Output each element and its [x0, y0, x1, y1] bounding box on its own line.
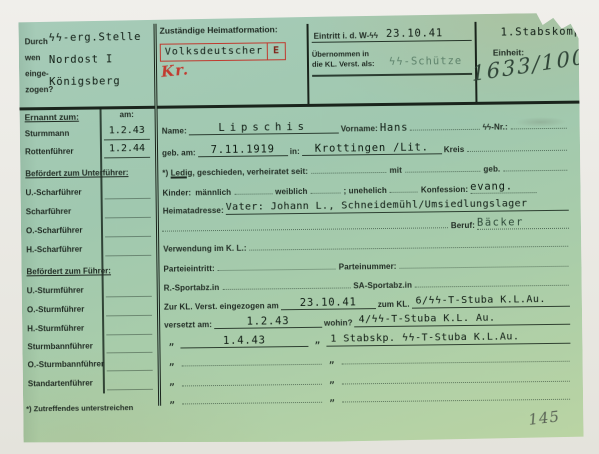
ditto-mark: „	[323, 393, 341, 404]
underline-footnote: *) Zutreffendes unterstreichen	[26, 403, 133, 413]
heimatadresse-label: Heimatadresse:	[163, 206, 224, 216]
recruiting-office-value: ϟϟ-erg.Stelle	[49, 32, 142, 44]
red-pencil-note: Kr.	[160, 60, 189, 81]
vorname-label: Vorname:	[341, 124, 378, 133]
page-number: 145	[527, 407, 561, 429]
rank-date-blank	[104, 184, 150, 200]
eingezogen-date: 23.10.41	[281, 297, 376, 311]
rank-label: O.-Sturmbannführer	[28, 359, 105, 369]
rank-label: O.-Sturmführer	[27, 305, 84, 315]
einheit-handwritten-number: 1633/100	[471, 44, 587, 86]
transfer-date: 1.2.43	[214, 315, 322, 329]
ditto-mark: „	[163, 376, 181, 387]
rank-date-blank	[107, 375, 153, 391]
am-label: am:	[120, 110, 134, 119]
scanned-photo: { "colors": { "card_green": "#a6cbb2", "…	[0, 0, 599, 454]
recruiting-city-value: Königsberg	[49, 76, 120, 87]
vorname-value: Hans	[380, 122, 409, 133]
konfession-label: Konfession:	[421, 185, 468, 195]
footnote-mark: *)	[162, 169, 168, 178]
dotted-line	[234, 191, 272, 194]
geb-am-label: geb. am:	[162, 148, 196, 157]
kinder-label: Kinder:	[162, 188, 191, 197]
rank-label: Standartenführer	[28, 379, 93, 389]
dotted-line	[342, 379, 570, 385]
dotted-line	[467, 148, 567, 152]
name-label: Name:	[162, 126, 187, 135]
party-row: Parteieintritt: Parteinummer:	[161, 253, 569, 274]
sports-badge-row: R.-Sportabz.in SA-Sportabz.in	[162, 272, 570, 293]
weiblich-label: weiblich	[275, 187, 307, 196]
transfer-row-blank: „ „	[163, 386, 571, 407]
versetzt-label: versetzt am:	[164, 320, 212, 330]
eintritt-row: Eintritt i. d. W-ϟϟ 23.10.41	[312, 28, 472, 42]
eingezogen-label: Zur KL. Verst. eingezogen am	[164, 301, 279, 311]
transfer-row-2: „ 1.4.43 „ 1 Stabskp. ϟϟ-T-Stuba K.L.Au.	[162, 328, 570, 349]
rank-label: Sturmbannführer	[27, 342, 92, 352]
profession-row: Beruf: Bäcker	[161, 213, 569, 234]
uebernommen-rule	[312, 73, 472, 76]
rank-date-blank	[105, 222, 151, 238]
drafted-by-label-line: wen	[25, 53, 41, 62]
camp-assignment-row: Verwendung im K. L.:	[161, 233, 569, 254]
pencil-smudge	[515, 117, 567, 128]
birth-row: geb. am: 7.11.1919 in: Krottingen /Lit. …	[160, 137, 568, 158]
rank-date-value: 1.2.44	[104, 143, 150, 159]
recruiting-district-value: Nordost I	[49, 54, 113, 65]
eintritt-date: 23.10.41	[386, 28, 443, 39]
dotted-line	[400, 264, 569, 269]
sa-sportabzeichen-label: SA-Sportabz.in	[353, 281, 412, 291]
unehelich-label: ; unehelich	[343, 186, 386, 196]
ernannt-zum-label: Ernannt zum:	[25, 112, 79, 123]
rank-date-blank	[105, 241, 151, 257]
rank-date-blank	[106, 282, 152, 298]
birth-date-value: 7.11.1919	[198, 144, 288, 158]
dotted-line	[405, 169, 481, 173]
rank-label: H.-Sturmführer	[27, 324, 84, 334]
transfer-unit: 4/ϟϟ-T-Stuba K.L. Au.	[355, 313, 571, 328]
dotted-line	[222, 285, 350, 290]
kompanie-value: 1.Stabskomp.	[501, 26, 589, 38]
drafted-by-label-line: einge-	[25, 69, 49, 78]
heimatformation-value: Volksdeutscher	[161, 46, 267, 57]
marital-options: , geschieden, verheiratet seit:	[192, 167, 308, 177]
unterfuehrer-section-label: Befördert zum Unterführer:	[25, 168, 128, 178]
eintritt-label: Eintritt i. d. W-ϟϟ	[314, 31, 379, 41]
ditto-mark: „	[162, 336, 180, 347]
dotted-line	[182, 400, 322, 405]
ss-nr-label: ϟϟ-Nr.:	[483, 122, 508, 131]
name-value: Lipschis	[189, 121, 339, 135]
rank-date-blank	[106, 338, 152, 354]
rank-date-blank	[106, 320, 152, 336]
wohin-label: wohin?	[324, 318, 353, 327]
ditto-mark: „	[163, 394, 181, 405]
parteinummer-label: Parteinummer:	[339, 262, 397, 272]
marital-status-label: *) Ledig, geschieden, verheiratet seit:	[162, 167, 308, 178]
r-sportabzeichen-label: R.-Sportabz.in	[164, 283, 220, 293]
name-row: Name: Lipschis Vorname: Hans ϟϟ-Nr.:	[160, 115, 568, 136]
uebernommen-label-line2: die KL. Verst. als:	[312, 59, 375, 69]
ditto-mark: „	[323, 375, 341, 386]
geb-label: geb.	[483, 165, 500, 174]
mit-label: mit	[390, 166, 402, 175]
ledig-underlined: Ledig	[171, 168, 193, 177]
beruf-value: Bäcker	[477, 216, 569, 230]
ditto-mark: „	[163, 356, 181, 367]
rank-date-blank	[107, 356, 153, 372]
rank-date-blank	[105, 203, 151, 219]
dotted-line	[342, 397, 570, 403]
drafted-by-label-line: Durch	[25, 37, 48, 46]
dotted-line	[503, 168, 567, 172]
dotted-line	[162, 225, 448, 231]
verwendung-label: Verwendung im K. L.:	[163, 244, 246, 254]
dotted-line	[182, 382, 322, 387]
transfer-date: 1.4.43	[180, 334, 308, 348]
dotted-line	[409, 127, 479, 131]
heimatformation-label: Zuständige Heimatformation:	[160, 24, 278, 35]
dotted-line	[218, 267, 336, 271]
transfer-unit: 1 Stabskp. ϟϟ-T-Stuba K.L.Au.	[326, 332, 570, 347]
dotted-line	[250, 244, 569, 251]
personnel-record-card: Durch wen einge- zogen? ϟϟ-erg.Stelle No…	[18, 13, 583, 446]
marital-status-row: *) Ledig, geschieden, verheiratet seit: …	[160, 157, 568, 178]
rank-date-blank	[106, 301, 152, 317]
beruf-label: Beruf:	[451, 221, 475, 230]
dotted-line	[390, 190, 418, 193]
fuehrer-section-label: Befördert zum Führer:	[26, 266, 111, 276]
dotted-line	[311, 191, 341, 194]
header-bottom-rule	[19, 101, 579, 110]
ditto-mark: „	[323, 355, 341, 366]
heimatformation-code: E	[267, 43, 285, 59]
zum-kl-label: zum KL.	[378, 300, 410, 309]
konfession-value: evang.	[470, 181, 536, 194]
rank-label: Rottenführer	[25, 147, 74, 157]
kreis-label: Kreis	[444, 145, 465, 154]
birth-place-value: Krottingen /Lit.	[302, 142, 442, 156]
rank-label: O.-Scharführer	[26, 226, 83, 236]
heimatformation-red-box: Volksdeutscher E	[160, 42, 286, 62]
in-label: in:	[290, 147, 300, 156]
uebernommen-value: ϟϟ-Schütze	[389, 56, 462, 67]
dotted-line	[415, 283, 569, 288]
rank-label: Sturmmann	[25, 129, 70, 139]
transfer-row-blank: „ „	[163, 348, 571, 369]
ditto-mark: „	[308, 335, 326, 346]
eingezogen-unit: 6/ϟϟ-T-Stuba K.L.Au.	[411, 295, 569, 309]
rank-label: U.-Scharführer	[25, 188, 81, 198]
dotted-line	[182, 362, 322, 367]
header-divider-1	[306, 24, 309, 104]
dotted-line	[311, 170, 387, 174]
transfer-row-1: versetzt am: 1.2.43 wohin? 4/ϟϟ-T-Stuba …	[162, 309, 570, 330]
parteieintritt-label: Parteieintritt:	[163, 264, 214, 274]
maennlich-label: männlich	[195, 188, 231, 197]
dotted-line	[342, 359, 570, 365]
rank-date-value: 1.2.43	[104, 125, 150, 141]
uebernommen-label-line1: Übernommen in	[312, 49, 369, 59]
rank-label: H.-Scharführer	[26, 245, 82, 255]
rank-label: U.-Sturmführer	[27, 286, 84, 296]
rank-label: Scharführer	[26, 207, 71, 217]
